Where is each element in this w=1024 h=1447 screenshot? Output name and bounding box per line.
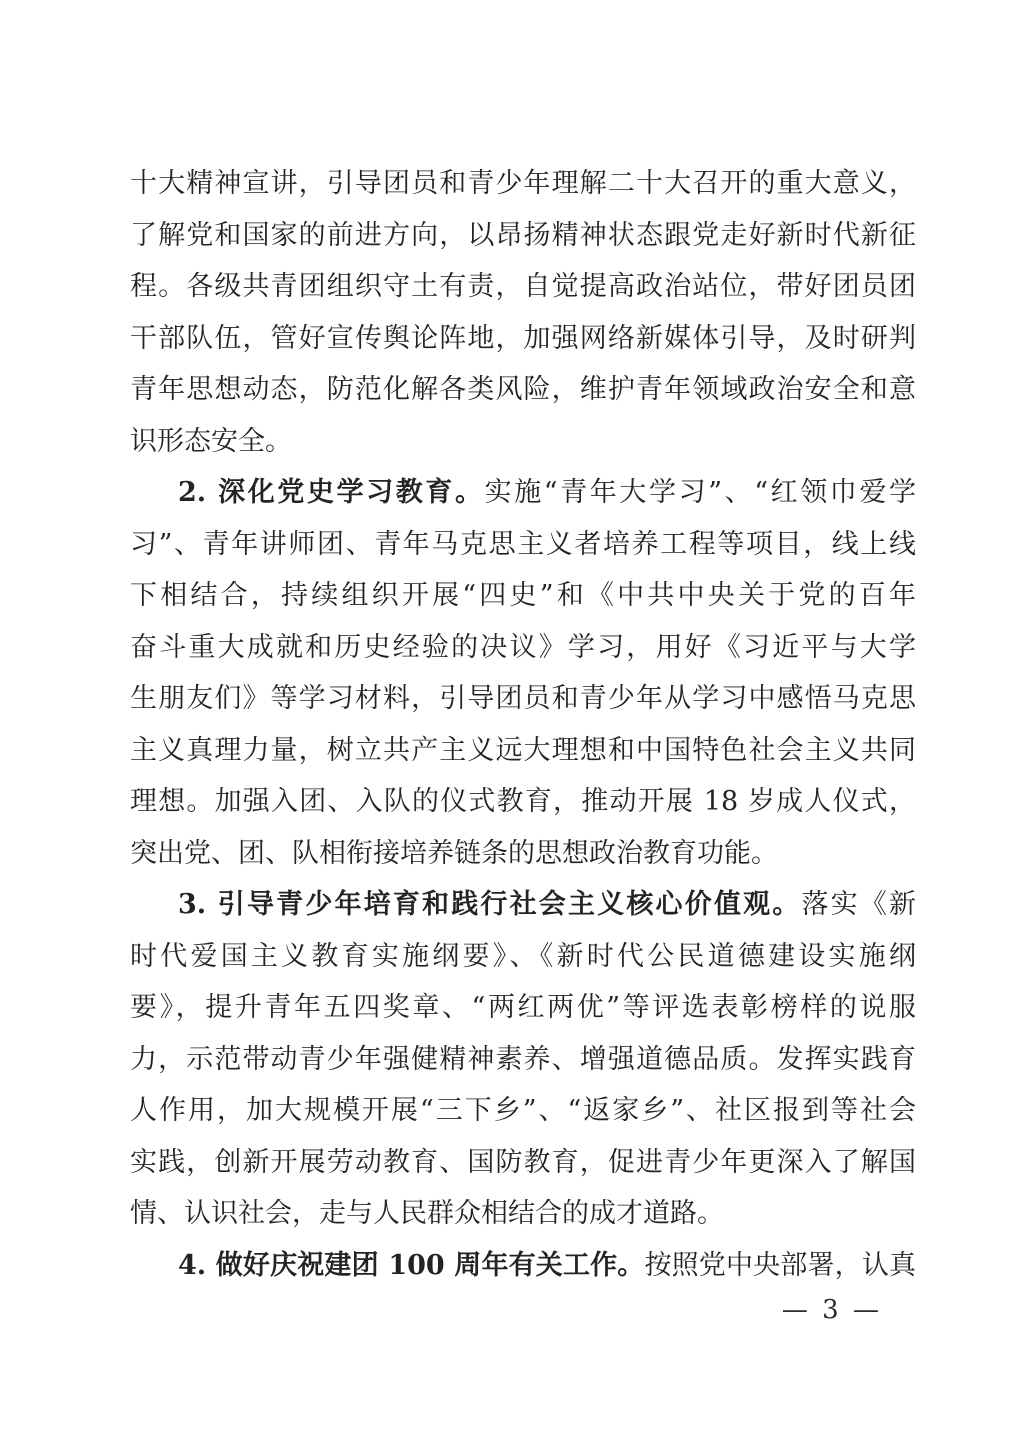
body-text: 理想。加强入团、入队的仪式教育，推动开展 18 岁成人仪式， xyxy=(130,786,916,817)
text-line: 十大精神宣讲，引导团员和青少年理解二十大召开的重大意义， xyxy=(130,158,916,210)
text-line: 奋斗重大成就和历史经验的决议》学习，用好《习近平与大学 xyxy=(130,622,916,674)
text-line: 青年思想动态，防范化解各类风险，维护青年领域政治安全和意 xyxy=(130,364,916,416)
body-text: 识形态安全。 xyxy=(130,426,292,457)
text-line: 突出党、团、队相衔接培养链条的思想政治教育功能。 xyxy=(130,828,916,880)
text-line: 情、认识社会，走与人民群众相结合的成才道路。 xyxy=(130,1188,916,1240)
text-line: 干部队伍，管好宣传舆论阵地，加强网络新媒体引导，及时研判 xyxy=(130,313,916,365)
text-line: 主义真理力量，树立共产主义远大理想和中国特色社会主义共同 xyxy=(130,725,916,777)
body-text: 力，示范带动青少年强健精神素养、增强道德品质。发挥实践育 xyxy=(130,1044,916,1075)
document-lines: 十大精神宣讲，引导团员和青少年理解二十大召开的重大意义，了解党和国家的前进方向，… xyxy=(130,158,916,1291)
text-line: 理想。加强入团、入队的仪式教育，推动开展 18 岁成人仪式， xyxy=(130,776,916,828)
text-line: 人作用，加大规模开展“三下乡”、“返家乡”、社区报到等社会 xyxy=(130,1085,916,1137)
text-line: 识形态安全。 xyxy=(130,416,916,468)
body-text: 下相结合，持续组织开展“四史”和《中共中央关于党的百年 xyxy=(130,580,916,611)
text-line: 了解党和国家的前进方向，以昂扬精神状态跟党走好新时代新征 xyxy=(130,210,916,262)
page-number: — 3 — xyxy=(782,1295,882,1325)
text-line: 下相结合，持续组织开展“四史”和《中共中央关于党的百年 xyxy=(130,570,916,622)
body-text: 习”、青年讲师团、青年马克思主义者培养工程等项目，线上线 xyxy=(130,529,916,560)
body-text: 实践，创新开展劳动教育、国防教育，促进青少年更深入了解国 xyxy=(130,1147,916,1178)
text-line: 力，示范带动青少年强健精神素养、增强道德品质。发挥实践育 xyxy=(130,1034,916,1086)
body-text: 了解党和国家的前进方向，以昂扬精神状态跟党走好新时代新征 xyxy=(130,220,916,251)
body-text: 落实《新 xyxy=(801,889,916,920)
text-line: 要》，提升青年五四奖章、“两红两优”等评选表彰榜样的说服 xyxy=(130,982,916,1034)
text-line: 时代爱国主义教育实施纲要》、《新时代公民道德建设实施纲 xyxy=(130,931,916,983)
text-line: 4. 做好庆祝建团 100 周年有关工作。按照党中央部署，认真 xyxy=(130,1240,916,1292)
body-text: 干部队伍，管好宣传舆论阵地，加强网络新媒体引导，及时研判 xyxy=(130,323,916,354)
body-text: 主义真理力量，树立共产主义远大理想和中国特色社会主义共同 xyxy=(130,735,916,766)
body-text: 十大精神宣讲，引导团员和青少年理解二十大召开的重大意义， xyxy=(130,168,916,199)
body-text: 时代爱国主义教育实施纲要》、《新时代公民道德建设实施纲 xyxy=(130,941,916,972)
page-footer: — 3 — xyxy=(782,1293,882,1327)
item-heading-text: 3. 引导青少年培育和践行社会主义核心价值观。 xyxy=(178,889,801,920)
body-text: 按照党中央部署，认真 xyxy=(644,1250,916,1281)
text-line: 2. 深化党史学习教育。实施“青年大学习”、“红领巾爱学 xyxy=(130,467,916,519)
body-text: 要》，提升青年五四奖章、“两红两优”等评选表彰榜样的说服 xyxy=(130,992,916,1023)
body-text: 程。各级共青团组织守土有责，自觉提高政治站位，带好团员团 xyxy=(130,271,916,302)
text-line: 习”、青年讲师团、青年马克思主义者培养工程等项目，线上线 xyxy=(130,519,916,571)
body-text: 奋斗重大成就和历史经验的决议》学习，用好《习近平与大学 xyxy=(130,632,916,663)
text-line: 生朋友们》等学习材料，引导团员和青少年从学习中感悟马克思 xyxy=(130,673,916,725)
text-line: 实践，创新开展劳动教育、国防教育，促进青少年更深入了解国 xyxy=(130,1137,916,1189)
body-text: 实施“青年大学习”、“红领巾爱学 xyxy=(485,477,916,508)
item-heading-text: 4. 做好庆祝建团 100 周年有关工作。 xyxy=(178,1250,644,1281)
text-line: 3. 引导青少年培育和践行社会主义核心价值观。落实《新 xyxy=(130,879,916,931)
body-text: 突出党、团、队相衔接培养链条的思想政治教育功能。 xyxy=(130,838,778,869)
body-text: 生朋友们》等学习材料，引导团员和青少年从学习中感悟马克思 xyxy=(130,683,916,714)
text-line: 程。各级共青团组织守土有责，自觉提高政治站位，带好团员团 xyxy=(130,261,916,313)
document-page: 十大精神宣讲，引导团员和青少年理解二十大召开的重大意义，了解党和国家的前进方向，… xyxy=(0,0,1024,1447)
item-heading-text: 2. 深化党史学习教育。 xyxy=(178,477,485,508)
body-text: 情、认识社会，走与人民群众相结合的成才道路。 xyxy=(130,1198,724,1229)
body-text: 人作用，加大规模开展“三下乡”、“返家乡”、社区报到等社会 xyxy=(130,1095,916,1126)
body-text: 青年思想动态，防范化解各类风险，维护青年领域政治安全和意 xyxy=(130,374,916,405)
